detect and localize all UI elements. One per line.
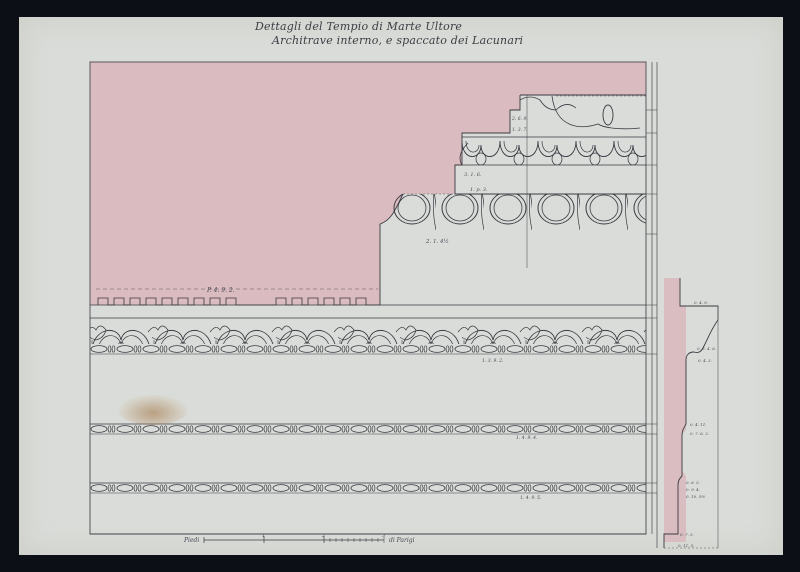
cornice-width-label: P. 4. 9. 2. <box>206 287 235 294</box>
egg-and-dart-band <box>388 194 646 234</box>
leaf-ornament-band <box>462 137 646 165</box>
acanthus-frieze <box>90 318 646 344</box>
scale-bar: Piedi 1 2 3 di Parigi <box>90 533 646 544</box>
modillion-label: 2. 1. 4½ <box>425 238 449 245</box>
section-step1-label-a: 0. 4. 11. <box>690 422 707 427</box>
fascia-bottom-label: 1. p. 3. <box>470 187 488 193</box>
bead-and-reel-top <box>90 344 646 354</box>
band2-label: 1. 4. 9. 5. <box>520 495 542 501</box>
section-step2-label-c: 0. 10. 5½ <box>686 494 705 499</box>
top-step-upper-label: 2. 6. 9. <box>511 116 528 122</box>
section-step1-label-b: 0. 7. 6. 2. <box>690 431 709 436</box>
section-cyma-label-2: 0. 4. 3. <box>698 358 712 363</box>
scale-tick-2: 2 <box>321 533 325 539</box>
bead-and-reel-bottom <box>90 483 646 493</box>
architectural-drawing: P. 4. 9. 2. 2. 1. 4½ 3. 1. 6. 1. p. 3. 2… <box>0 0 800 572</box>
frieze-label: 1. 3. 9. 2. <box>482 358 504 364</box>
section-top-label: 0. 4. 9. <box>694 300 708 305</box>
top-step-lower-label: 1. 3. 7. <box>512 127 528 133</box>
fascia-top-label: 3. 1. 6. <box>464 172 482 178</box>
pink-wash-profile <box>664 278 686 542</box>
section-base-label: 0. 7. 5. <box>680 532 694 537</box>
bead-and-reel-middle <box>90 424 646 434</box>
water-stain <box>118 395 188 425</box>
section-step2-label-a: 0. 6. 5. <box>686 480 700 485</box>
section-cyma-label-1: 0. 3. 4. 6. <box>697 346 716 351</box>
scale-tick-3: 3 <box>382 533 385 539</box>
pink-wash-ceiling <box>90 62 646 305</box>
band1-label: 1. 4. 9. 4. <box>516 435 538 441</box>
scale-right-label: di Parigi <box>389 537 415 544</box>
scale-tick-1: 1 <box>262 533 265 539</box>
section-step2-label-b: 0. 9. 4. <box>686 487 700 492</box>
section-base-width-label: 0. 11. 5. <box>678 543 695 548</box>
scale-left-label: Piedi <box>183 537 199 544</box>
